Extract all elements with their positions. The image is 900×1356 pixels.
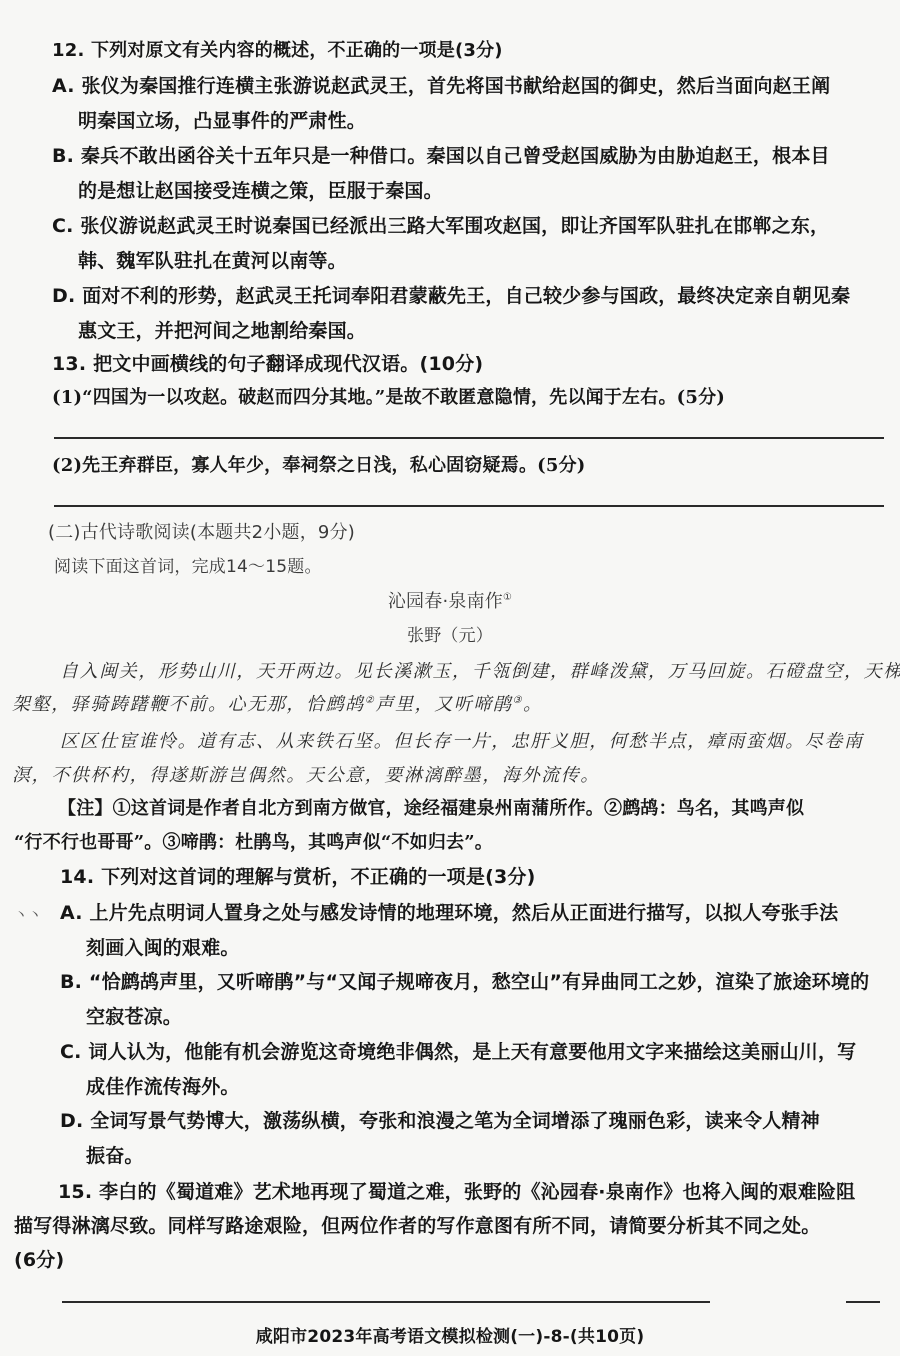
q14-option-a-line1: A. 上片先点明词人置身之处与感发诗情的地理环境，然后从正面进行描写，以拟人夸张… (60, 901, 838, 925)
answer-line-1[interactable] (54, 437, 884, 439)
q12-option-d-line1: D. 面对不利的形势，赵武灵王托词奉阳君蒙蔽先王，自己较少参与国政，最终决定亲自… (52, 284, 850, 308)
page-footer: 咸阳市2023年高考语文模拟检测(一)-8-(共10页) (0, 1325, 900, 1349)
poem-stanza1-line1: 自入闽关，形势山川，天开两边。见长溪漱玉，千瓴倒建，群峰泼黛，万马回旋。石磴盘空… (60, 660, 900, 684)
q14-option-a-line2: 刻画入闽的艰难。 (86, 936, 240, 960)
poem-stanza1-line2-c: 。 (523, 694, 543, 715)
q12-option-c-line1: C. 张仪游说赵武灵王时说秦国已经派出三路大军围攻赵国，即让齐国军队驻扎在邯郸之… (52, 214, 829, 238)
footer-rule-right (846, 1301, 880, 1303)
notes-line2: “行不行也哥哥”。③啼鹃：杜鹃鸟，其鸣声似“不如归去”。 (14, 831, 493, 855)
poem-stanza2-line1: 区区仕宦谁怜。道有志、从来铁石坚。但长存一片，忠肝义胆，何愁半点，瘴雨蛮烟。尽卷… (60, 730, 864, 754)
poem-stanza1-line2-b: 声里，又听啼鹃 (375, 694, 512, 715)
answer-line-2[interactable] (54, 505, 884, 507)
q15-line2: 描写得淋漓尽致。同样写路途艰险，但两位作者的写作意图有所不同，请简要分析其不同之… (14, 1214, 820, 1238)
footer-rule-left (62, 1301, 710, 1303)
poem-title-text: 沁园春·泉南作 (388, 591, 503, 612)
q13-sub1: (1)“四国为一以攻赵。破赵而四分其地。”是故不敢匿意隐情，先以闻于左右。(5分… (52, 386, 725, 410)
q12-option-a-line1: A. 张仪为秦国推行连横主张游说赵武灵王，首先将国书献给赵国的御史，然后当面向赵… (52, 74, 830, 98)
margin-pencil-mark: 丶丶 (14, 905, 42, 925)
poem-title-note: ① (503, 592, 512, 603)
q12-option-d-line2: 惠文王，并把河间之地割给秦国。 (78, 319, 366, 343)
poem-author: 张野（元） (0, 624, 900, 648)
q12-option-b-line2: 的是想让赵国接受连横之策，臣服于秦国。 (78, 179, 443, 203)
q14-stem: 14. 下列对这首词的理解与赏析，不正确的一项是(3分) (60, 865, 535, 889)
q12-option-c-line2: 韩、魏军队驻扎在黄河以南等。 (78, 249, 347, 273)
q14-option-c-line1: C. 词人认为，他能有机会游览这奇境绝非偶然，是上天有意要他用文字来描绘这美丽山… (60, 1040, 856, 1064)
q13-sub2: (2)先王弃群臣，寡人年少，奉祠祭之日浅，私心固窃疑焉。(5分) (52, 454, 586, 478)
q15-line3: (6分) (14, 1248, 64, 1272)
section-instruction: 阅读下面这首词，完成14～15题。 (54, 555, 322, 579)
footnote-marker-3: ③ (513, 695, 524, 706)
q13-stem: 13. 把文中画横线的句子翻译成现代汉语。(10分) (52, 352, 483, 376)
poem-title: 沁园春·泉南作① (0, 590, 900, 614)
poem-stanza1-line2-a: 架壑，驿骑踌躇鞭不前。心无那，恰鹧鸪 (12, 694, 365, 715)
q15-line1: 15. 李白的《蜀道难》艺术地再现了蜀道之难，张野的《沁园春·泉南作》也将入闽的… (58, 1180, 855, 1204)
q14-option-c-line2: 成佳作流传海外。 (86, 1075, 240, 1099)
q12-option-a-line2: 明秦国立场，凸显事件的严肃性。 (78, 109, 366, 133)
poem-stanza2-line2: 溟，不供杯杓，得遂斯游岂偶然。天公意，要淋漓醉墨，海外流传。 (12, 764, 600, 788)
q14-option-d-line1: D. 全词写景气势博大，激荡纵横，夸张和浪漫之笔为全词增添了瑰丽色彩，读来令人精… (60, 1109, 820, 1133)
notes-line1: 【注】①这首词是作者自北方到南方做官，途经福建泉州南蒲所作。②鹧鸪：鸟名，其鸣声… (58, 797, 804, 821)
poem-stanza1-line2: 架壑，驿骑踌躇鞭不前。心无那，恰鹧鸪②声里，又听啼鹃③。 (12, 693, 543, 717)
exam-page: 12. 下列对原文有关内容的概述，不正确的一项是(3分) A. 张仪为秦国推行连… (0, 0, 900, 1356)
q14-option-b-line2: 空寂苍凉。 (86, 1005, 182, 1029)
q14-option-d-line2: 振奋。 (86, 1144, 144, 1168)
section-heading: (二)古代诗歌阅读(本题共2小题，9分) (48, 521, 355, 545)
q14-option-b-line1: B. “恰鹧鸪声里，又听啼鹃”与“又闻子规啼夜月，愁空山”有异曲同工之妙，渲染了… (60, 970, 869, 994)
q12-option-b-line1: B. 秦兵不敢出函谷关十五年只是一种借口。秦国以自己曾受赵国威胁为由胁迫赵王，根… (52, 144, 830, 168)
q12-stem: 12. 下列对原文有关内容的概述，不正确的一项是(3分) (52, 39, 503, 63)
footnote-marker-2: ② (365, 695, 376, 706)
